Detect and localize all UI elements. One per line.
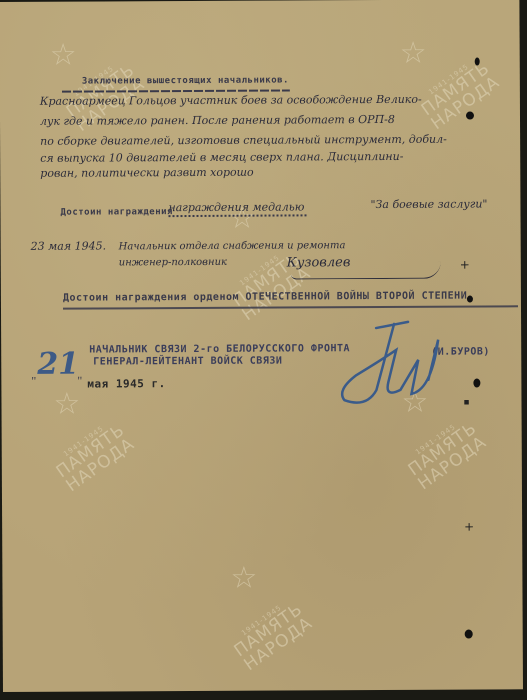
pin-mark: + [460,258,470,272]
final-date-month-year: мая 1945 г. [87,377,165,390]
characterization-line: ся выпуска 10 двигателей в месяц сверх п… [40,150,403,165]
stamp-line1: НАЧАЛЬНИК СВЯЗИ 2-го БЕЛОРУССКОГО ФРОНТА [89,343,350,355]
watermark-star-icon: ☆ [230,561,257,596]
award-dots [169,214,307,217]
watermark: 1941-1945 ПАМЯТЬ НАРОДА [50,416,138,495]
signer-title-line2: инженер-полковник [119,257,227,269]
award-label: Достоин награждения [60,207,173,218]
characterization-line: по сборке двигателей, изготовив специаль… [40,133,447,148]
pin-mark: ▪ [463,398,469,408]
ink-blot [467,296,473,303]
ink-blot [473,378,480,387]
signature-flourish [291,262,441,280]
final-award-text: Достоин награждения орденом ОТЕЧЕСТВЕННО… [63,291,474,304]
close-quote: " [77,374,82,389]
pin-mark: + [464,520,474,534]
watermark-star-icon: ☆ [53,387,80,422]
general-signature [336,320,456,411]
open-quote: " [31,374,36,389]
ink-blot [466,112,474,120]
section-heading: Заключение вышестоящих начальников. [82,75,289,86]
characterization-line: Красноармеец Гольцов участник боев за ос… [40,93,422,108]
signer-title-line1: Начальник отдела снабжения и ремонта [119,240,346,252]
stamp-line2: ГЕНЕРАЛ-ЛЕЙТЕНАНТ ВОЙСК СВЯЗИ [93,356,282,368]
ink-blot [465,630,473,639]
watermark: 1941-1945 ПАМЯТЬ НАРОДА [228,595,316,674]
final-date-day: 21 [37,347,79,382]
ink-blot [475,57,480,65]
watermark: 1941-1945 ПАМЯТЬ НАРОДА [402,414,490,493]
signature-date: 23 мая 1945. [31,239,107,252]
watermark-star-icon: ☆ [400,36,427,71]
award-medal-name: "За боевые заслуги" [370,197,487,211]
watermark-star-icon: ☆ [50,38,77,73]
award-value: награждения медалью [168,200,304,214]
document-sheet: ☆ 1941-1945 ПАМЯТЬ НАРОДА ☆ 1941-1945 ПА… [0,0,523,692]
characterization-line: лук где и тяжело ранен. После ранения ра… [40,113,395,128]
watermark: 1941-1945 ПАМЯТЬ НАРОДА [415,54,503,133]
heading-underline [62,89,290,92]
characterization-line: рован, политически развит хорошо [40,166,253,180]
horizontal-rule [63,305,518,309]
